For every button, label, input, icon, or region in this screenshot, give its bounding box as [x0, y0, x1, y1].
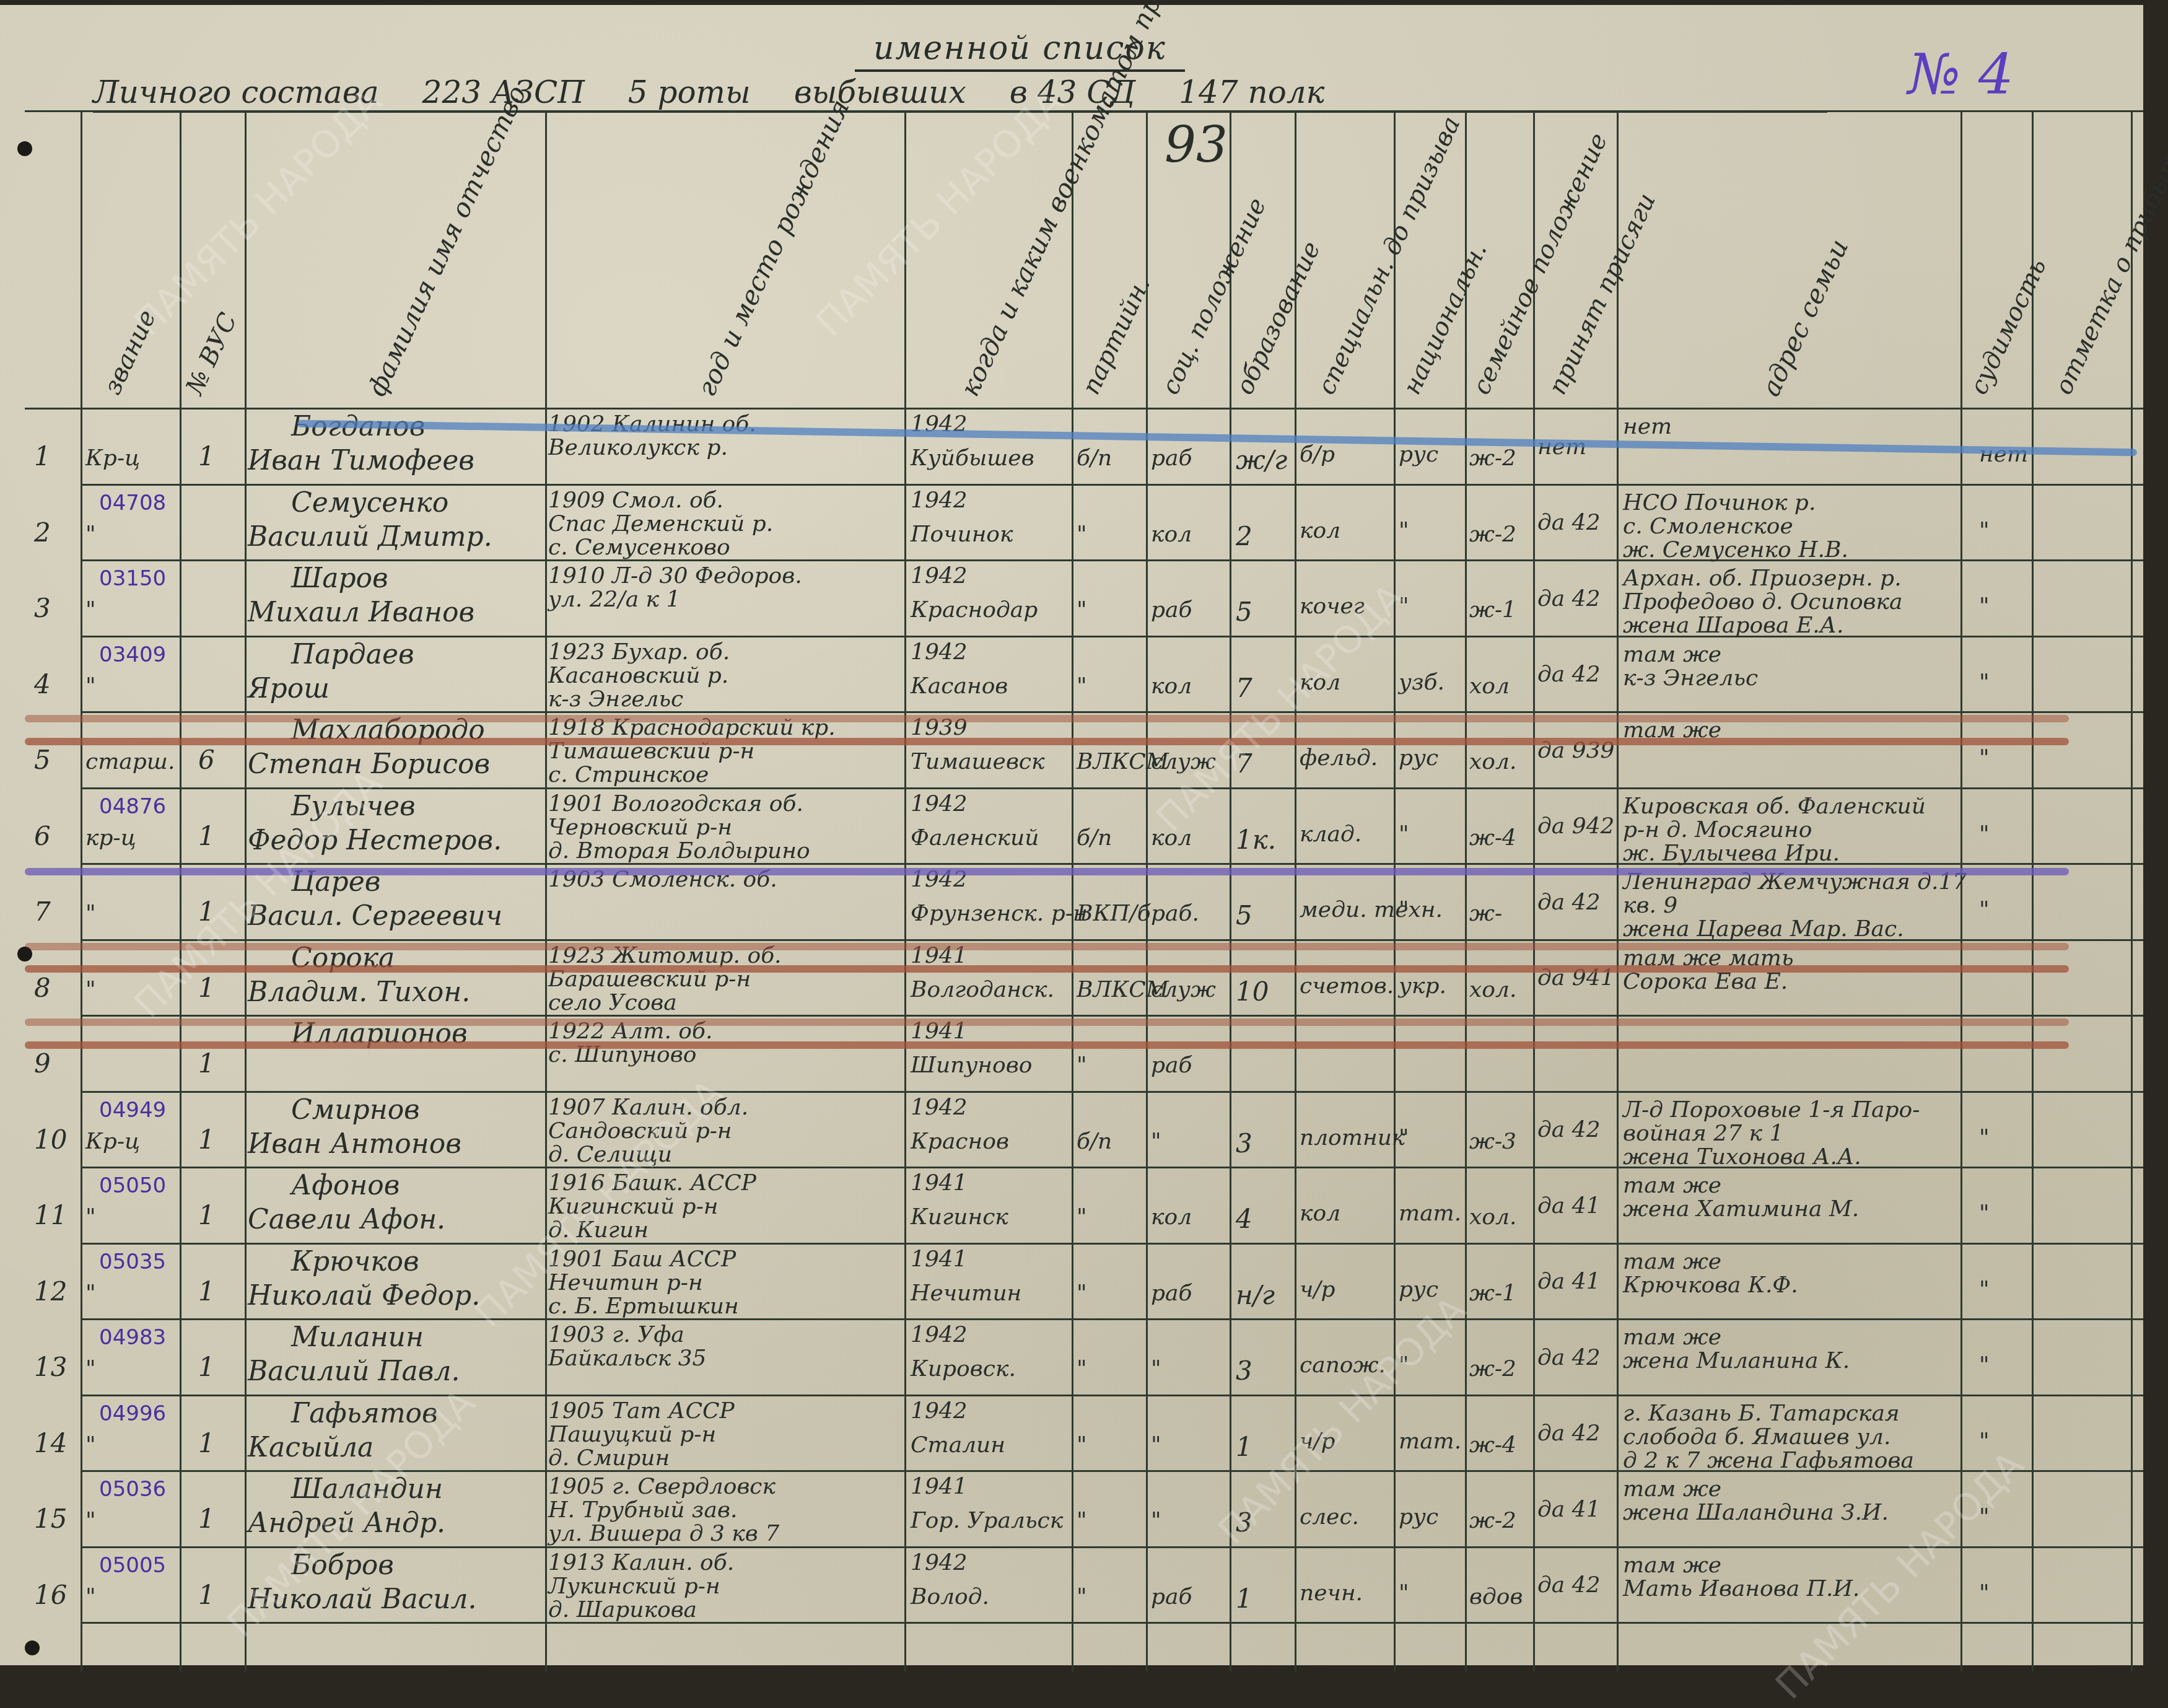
- vus-code: 1: [198, 1429, 215, 1458]
- column-header: отметка о прибытии: [2049, 119, 2168, 399]
- first-name-patronymic: Василий Павл.: [248, 1356, 460, 1388]
- oath: да 942: [1537, 813, 1614, 839]
- rank: ": [85, 522, 96, 547]
- family-address: жена Шаландина З.И.: [1623, 1500, 1889, 1525]
- row-number: 16: [34, 1580, 67, 1610]
- column-rule: [1394, 110, 1396, 1670]
- family-address: ж. Семусенко Н.В.: [1623, 537, 1848, 563]
- family-status: ж-1: [1469, 597, 1516, 623]
- oath: да 42: [1537, 586, 1601, 611]
- social-status: раб: [1151, 445, 1192, 471]
- first-name-patronymic: Васил. Сергеевич: [248, 901, 502, 932]
- row-rule: [81, 1015, 2143, 1017]
- vus-code: 1: [198, 897, 215, 927]
- birth-info: Н. Трубный зав.: [548, 1497, 737, 1523]
- birth-info: к-з Энгельс: [548, 686, 683, 712]
- column-header: год и место рождения: [691, 95, 855, 401]
- row-rule: [81, 484, 2143, 486]
- family-address: там же: [1623, 1249, 1721, 1274]
- birth-info: 1905 г. Свердловск: [548, 1474, 776, 1499]
- column-header: адрес семьи: [1755, 235, 1854, 401]
- social-status: раб: [1151, 597, 1192, 623]
- first-name-patronymic: Василий Дмитр.: [248, 522, 492, 553]
- row-number: 11: [34, 1201, 67, 1230]
- nationality: рус: [1399, 1504, 1438, 1530]
- called-up-info: Волод.: [911, 1584, 989, 1609]
- social-status: раб.: [1151, 901, 1199, 926]
- specialty: слес.: [1300, 1504, 1359, 1530]
- first-name-patronymic: Степан Борисов: [248, 749, 490, 781]
- family-address: к-з Энгельс: [1623, 665, 1758, 691]
- strikethrough-line: [25, 1018, 2069, 1026]
- called-up-info: Нечитин: [911, 1281, 1021, 1306]
- column-rule: [904, 110, 906, 1670]
- called-up-info: 1942: [911, 1322, 968, 1347]
- conviction: ": [1979, 821, 1990, 847]
- birth-info: Спас Деменский р.: [548, 511, 773, 536]
- family-status: ж-4: [1469, 1432, 1516, 1458]
- social-status: служ: [1151, 749, 1216, 774]
- strikethrough-line: [25, 715, 2069, 722]
- nationality: узб.: [1399, 670, 1445, 695]
- vus-code: 6: [198, 745, 215, 775]
- rank: ": [85, 977, 96, 1002]
- column-rule: [1230, 110, 1231, 1670]
- social-status: кол: [1151, 522, 1192, 547]
- oath: да 42: [1537, 1117, 1601, 1142]
- family-address: Кировская об. Фаленский: [1623, 794, 1926, 819]
- called-up-info: Краснов: [911, 1129, 1009, 1154]
- family-address: ж. Булычева Ири.: [1623, 841, 1840, 866]
- surname: Семусенко: [291, 488, 448, 519]
- called-up-info: Куйбышев: [911, 445, 1034, 471]
- oath: да 42: [1537, 662, 1601, 687]
- family-address: там же: [1623, 1476, 1721, 1502]
- birth-info: ул. Вишера д 3 кв 7: [548, 1521, 779, 1546]
- education: 3: [1236, 1508, 1252, 1538]
- specialty: фельд.: [1300, 745, 1378, 771]
- specialty: счетов.: [1300, 973, 1394, 999]
- party-membership: ": [1077, 597, 1087, 623]
- row-number: 1: [34, 442, 51, 471]
- column-rule: [245, 110, 247, 1670]
- social-status: раб: [1151, 1584, 1192, 1609]
- birth-info: д. Шарикова: [548, 1597, 697, 1623]
- row-rule: [81, 711, 2143, 713]
- family-address: Архан. об. Приозерн. р.: [1623, 566, 1902, 591]
- family-address: войная 27 к 1: [1623, 1121, 1783, 1146]
- row-rule: [81, 1243, 2143, 1245]
- vus-code: 1: [198, 1125, 215, 1155]
- registration-number: 04996: [99, 1402, 166, 1426]
- column-rule: [1465, 110, 1467, 1670]
- column-rule: [545, 110, 547, 1670]
- social-status: ": [1151, 1356, 1161, 1382]
- strikethrough-line: [25, 943, 2069, 950]
- education: н/г: [1236, 1281, 1275, 1310]
- family-status: ж-2: [1469, 1508, 1516, 1533]
- specialty: кол: [1300, 670, 1340, 695]
- birth-info: 1901 Вологодская об.: [548, 791, 803, 817]
- specialty: ч/р: [1300, 1429, 1335, 1454]
- vus-code: 1: [198, 1049, 215, 1079]
- called-up-info: Волгоданск.: [911, 977, 1054, 1002]
- rank: Кр-ц: [85, 445, 140, 471]
- called-up-info: Гор. Уральск: [911, 1508, 1063, 1533]
- first-name-patronymic: Иван Антонов: [248, 1129, 461, 1160]
- social-status: кол: [1151, 673, 1192, 699]
- watermark-text: ПАМЯТЬ НАРОДА: [126, 80, 390, 344]
- punch-hole: [17, 141, 32, 156]
- conviction: ": [1979, 1504, 1990, 1530]
- rank: ": [85, 1281, 96, 1306]
- conviction: ": [1979, 1352, 1990, 1378]
- nationality: рус: [1399, 442, 1438, 467]
- conviction: ": [1979, 1429, 1990, 1454]
- education: ж/г: [1236, 445, 1287, 475]
- registration-number: 05035: [99, 1250, 166, 1274]
- first-name-patronymic: Иван Тимофеев: [248, 445, 474, 477]
- birth-info: с. Стринское: [548, 762, 709, 787]
- punch-hole: [25, 1640, 40, 1655]
- vus-code: 1: [198, 821, 215, 851]
- education: 2: [1236, 522, 1252, 551]
- column-rule: [2131, 110, 2133, 1670]
- family-address: жена Царева Мар. Вас.: [1623, 916, 1904, 942]
- header-rule: [25, 408, 2143, 409]
- called-up-info: 1942: [911, 1095, 968, 1120]
- first-name-patronymic: Андрей Андр.: [248, 1508, 445, 1539]
- family-address: жена Тихонова А.А.: [1623, 1144, 1861, 1170]
- row-number: 5: [34, 745, 51, 775]
- social-status: ": [1151, 1129, 1161, 1154]
- family-address: жена Шарова Е.А.: [1623, 613, 1843, 638]
- family-address: там же: [1623, 1325, 1721, 1350]
- column-header: № ВУС: [180, 309, 243, 399]
- birth-info: ул. 22/а к 1: [548, 587, 680, 612]
- called-up-info: 1942: [911, 563, 968, 589]
- called-up-info: 1942: [911, 791, 968, 817]
- nationality: тат.: [1399, 1201, 1461, 1226]
- conviction: ": [1979, 1125, 1990, 1150]
- social-status: ": [1151, 1508, 1161, 1533]
- column-rule: [1146, 110, 1148, 1670]
- rank: ": [85, 673, 96, 699]
- birth-info: 1909 Смол. об.: [548, 488, 723, 513]
- rank: ": [85, 901, 96, 926]
- birth-info: 1907 Калин. обл.: [548, 1095, 748, 1120]
- nationality: тат.: [1399, 1429, 1461, 1454]
- surname: Бобров: [291, 1550, 394, 1582]
- conviction: ": [1979, 670, 1990, 695]
- party-membership: ": [1077, 1356, 1087, 1382]
- party-membership: ": [1077, 1053, 1087, 1078]
- punch-hole: [17, 947, 32, 961]
- party-membership: ": [1077, 522, 1087, 547]
- party-membership: ": [1077, 1584, 1087, 1609]
- called-up-info: 1941: [911, 1474, 968, 1499]
- birth-info: Великолукск р.: [548, 435, 728, 460]
- row-number: 13: [34, 1352, 67, 1382]
- first-name-patronymic: Савели Афон.: [248, 1204, 445, 1236]
- surname: Афонов: [291, 1170, 400, 1202]
- first-name-patronymic: Николай Васил.: [248, 1584, 477, 1616]
- column-header: фамилия имя отчество: [361, 81, 532, 401]
- party-membership: б/п: [1077, 445, 1112, 471]
- surname: Пардаев: [291, 639, 414, 671]
- first-name-patronymic: Николай Федор.: [248, 1281, 480, 1312]
- birth-info: 1903 г. Уфа: [548, 1322, 684, 1347]
- party-membership: б/п: [1077, 1129, 1112, 1154]
- birth-info: д. Кигин: [548, 1217, 649, 1243]
- party-membership: ВКП/б: [1077, 901, 1151, 926]
- conviction: ": [1979, 593, 1990, 619]
- birth-info: Кигинский р-н: [548, 1194, 719, 1219]
- margin-note: 93: [1165, 116, 1228, 173]
- specialty: плотник: [1300, 1125, 1405, 1150]
- called-up-info: Сталин: [911, 1432, 1005, 1458]
- social-status: раб: [1151, 1281, 1192, 1306]
- party-membership: б/п: [1077, 825, 1112, 851]
- family-address: Мать Иванова П.И.: [1623, 1576, 1860, 1601]
- birth-info: Пашуцкий р-н: [548, 1422, 716, 1447]
- specialty: печн.: [1300, 1580, 1363, 1606]
- called-up-info: 1941: [911, 1246, 968, 1272]
- strikethrough-line: [25, 1041, 2069, 1049]
- nationality: ": [1399, 1580, 1409, 1606]
- nationality: ": [1399, 1352, 1409, 1378]
- family-status: ж-: [1469, 901, 1502, 926]
- education: 5: [1236, 597, 1252, 627]
- row-rule: [81, 1318, 2143, 1320]
- nationality: ": [1399, 593, 1409, 619]
- column-rule: [1295, 110, 1296, 1670]
- birth-info: с. Б. Ертышкин: [548, 1294, 739, 1319]
- family-address: Крючкова К.Ф.: [1623, 1272, 1798, 1298]
- watermark-text: ПАМЯТЬ НАРОДА: [1767, 1443, 2032, 1670]
- birth-info: 1913 Калин. об.: [548, 1550, 734, 1575]
- row-rule: [81, 1395, 2143, 1396]
- birth-info: 1923 Бухар. об.: [548, 639, 730, 665]
- first-name-patronymic: Михаил Иванов: [248, 597, 474, 629]
- row-number: 15: [34, 1504, 67, 1534]
- surname: Смирнов: [291, 1095, 420, 1126]
- called-up-info: Кигинск: [911, 1204, 1008, 1230]
- education: 1к.: [1236, 825, 1276, 855]
- called-up-info: Фаленский: [911, 825, 1039, 851]
- called-up-info: Кировск.: [911, 1356, 1016, 1382]
- nationality: рус: [1399, 1277, 1438, 1302]
- social-status: кол: [1151, 825, 1192, 851]
- oath: да 41: [1537, 1269, 1601, 1294]
- education: 4: [1236, 1204, 1252, 1234]
- birth-info: д. Смирин: [548, 1445, 670, 1471]
- surname: Шаландин: [291, 1474, 443, 1505]
- row-rule: [81, 1091, 2143, 1093]
- education: 7: [1236, 749, 1252, 779]
- family-address: кв. 9: [1623, 893, 1677, 918]
- row-number: 3: [34, 593, 51, 623]
- column-header: семейное положение: [1467, 129, 1613, 399]
- specialty: кол: [1300, 518, 1340, 543]
- rank: ": [85, 1356, 96, 1382]
- registration-number: 05050: [99, 1174, 166, 1198]
- called-up-info: 1942: [911, 488, 968, 513]
- conviction: ": [1979, 518, 1990, 543]
- birth-info: 1901 Баш АССР: [548, 1246, 736, 1272]
- vus-code: 1: [198, 1580, 215, 1610]
- birth-info: 1916 Башк. АССР: [548, 1170, 756, 1196]
- nationality: ": [1399, 821, 1409, 847]
- party-membership: ": [1077, 1432, 1087, 1458]
- column-header: партийн.: [1077, 273, 1156, 399]
- specialty: кочег: [1300, 593, 1365, 619]
- birth-info: д. Вторая Болдырино: [548, 838, 810, 864]
- birth-info: 1905 Тат АССР: [548, 1398, 735, 1424]
- family-address: с. Смоленское: [1623, 514, 1793, 539]
- surname: Миланин: [291, 1322, 424, 1354]
- row-rule: [81, 1546, 2143, 1548]
- column-rule: [2032, 110, 2034, 1670]
- education: 5: [1236, 901, 1252, 931]
- registration-number: 03409: [99, 643, 166, 667]
- birth-info: Нечитин р-н: [548, 1270, 703, 1295]
- column-rule: [180, 110, 181, 1670]
- registration-number: 04983: [99, 1326, 166, 1350]
- vus-code: 1: [198, 442, 215, 471]
- rank: ": [85, 1204, 96, 1230]
- vus-code: 1: [198, 973, 215, 1003]
- social-status: ": [1151, 1432, 1161, 1458]
- family-status: ж-2: [1469, 1356, 1516, 1382]
- social-status: кол: [1151, 1204, 1192, 1230]
- row-number: 2: [34, 518, 51, 548]
- party-membership: ": [1077, 1281, 1087, 1306]
- registration-number: 03150: [99, 567, 166, 591]
- oath: да 41: [1537, 1193, 1601, 1219]
- registration-number: 05036: [99, 1478, 166, 1502]
- called-up-info: Починок: [911, 522, 1013, 547]
- family-status: ж-2: [1469, 445, 1516, 471]
- surname: Булычев: [291, 791, 416, 823]
- called-up-info: Шипуново: [911, 1053, 1032, 1078]
- oath: да 42: [1537, 1572, 1601, 1598]
- family-address: нет: [1623, 414, 1672, 439]
- row-number: 4: [34, 670, 51, 699]
- family-address: жена Миланина К.: [1623, 1348, 1850, 1373]
- family-status: ж-1: [1469, 1281, 1516, 1306]
- column-header: звание: [98, 305, 162, 399]
- birth-info: Лукинский р-н: [548, 1574, 720, 1599]
- family-status: хол.: [1469, 1204, 1516, 1230]
- rank: ": [85, 1508, 96, 1533]
- nationality: рус: [1399, 745, 1438, 771]
- family-status: хол.: [1469, 977, 1516, 1002]
- family-status: ж-3: [1469, 1129, 1516, 1154]
- birth-info: 1910 Л-д 30 Федоров.: [548, 563, 802, 589]
- conviction: ": [1979, 897, 1990, 922]
- family-status: хол: [1469, 673, 1510, 699]
- rank: ": [85, 1432, 96, 1458]
- nationality: ": [1399, 1125, 1409, 1150]
- called-up-info: 1941: [911, 1170, 968, 1196]
- birth-info: с. Семусенково: [548, 535, 730, 560]
- social-status: служ: [1151, 977, 1216, 1002]
- rank: ": [85, 1584, 96, 1609]
- registration-number: 04876: [99, 795, 166, 819]
- nationality: ": [1399, 518, 1409, 543]
- oath: да 42: [1537, 1345, 1601, 1370]
- called-up-info: 1942: [911, 1398, 968, 1424]
- party-membership: ": [1077, 673, 1087, 699]
- conviction: ": [1979, 1580, 1990, 1606]
- family-address: там же: [1623, 1553, 1721, 1578]
- birth-info: село Усова: [548, 990, 677, 1015]
- first-name-patronymic: Владим. Тихон.: [248, 977, 470, 1009]
- vus-code: 1: [198, 1352, 215, 1382]
- strikethrough-line: [25, 738, 2069, 745]
- family-address: НСО Починок р.: [1623, 490, 1816, 515]
- birth-info: Черновский р-н: [548, 815, 732, 840]
- column-header: судимость: [1964, 255, 2052, 399]
- conviction: нет: [1979, 442, 2028, 467]
- row-number: 10: [34, 1125, 67, 1155]
- vus-code: 1: [198, 1201, 215, 1230]
- vus-code: 1: [198, 1504, 215, 1534]
- education: 3: [1236, 1356, 1252, 1386]
- first-name-patronymic: Федор Нестеров.: [248, 825, 502, 857]
- specialty: кол: [1300, 1201, 1340, 1226]
- family-address: Л-д Пороховые 1-я Паро-: [1623, 1097, 1920, 1123]
- oath: да 41: [1537, 1497, 1601, 1522]
- conviction: ": [1979, 1277, 1990, 1302]
- family-status: вдов: [1469, 1584, 1523, 1609]
- surname: Шаров: [291, 563, 388, 595]
- called-up-info: Фрунзенск. р-н: [911, 901, 1088, 926]
- row-rule: [81, 787, 2143, 789]
- specialty: б/р: [1300, 442, 1335, 467]
- family-address: р-н д. Мосягино: [1623, 817, 1812, 843]
- rank: кр-ц: [85, 825, 136, 851]
- column-rule: [81, 110, 82, 1670]
- specialty: ч/р: [1300, 1277, 1335, 1302]
- called-up-info: Краснодар: [911, 597, 1038, 623]
- birth-info: Байкальск 35: [548, 1346, 707, 1371]
- family-address: там же: [1623, 642, 1721, 667]
- nationality: укр.: [1399, 973, 1446, 999]
- specialty: сапож.: [1300, 1352, 1386, 1378]
- called-up-info: Касанов: [911, 673, 1008, 699]
- specialty: клад.: [1300, 821, 1362, 847]
- registration-number: 04708: [99, 491, 166, 515]
- family-status: хол.: [1469, 749, 1516, 774]
- personnel-table: звание№ ВУСфамилия имя отчествогод и мес…: [0, 5, 2143, 1665]
- registration-number: 04949: [99, 1098, 166, 1123]
- specialty: меди. техн.: [1300, 897, 1443, 922]
- first-name-patronymic: Касыйла: [248, 1432, 374, 1464]
- education: 7: [1236, 673, 1252, 703]
- row-number: 9: [34, 1049, 51, 1079]
- nationality: ": [1399, 897, 1409, 922]
- education: 10: [1236, 977, 1269, 1007]
- family-address: слобода б. Ямашев ул.: [1623, 1424, 1890, 1450]
- registration-number: 05005: [99, 1554, 166, 1578]
- family-address: г. Казань Б. Татарская: [1623, 1401, 1900, 1426]
- conviction: ": [1979, 745, 1990, 771]
- vus-code: 1: [198, 1277, 215, 1307]
- family-address: д 2 к 7 жена Гафьятова: [1623, 1448, 1914, 1473]
- called-up-info: 1942: [911, 1550, 968, 1575]
